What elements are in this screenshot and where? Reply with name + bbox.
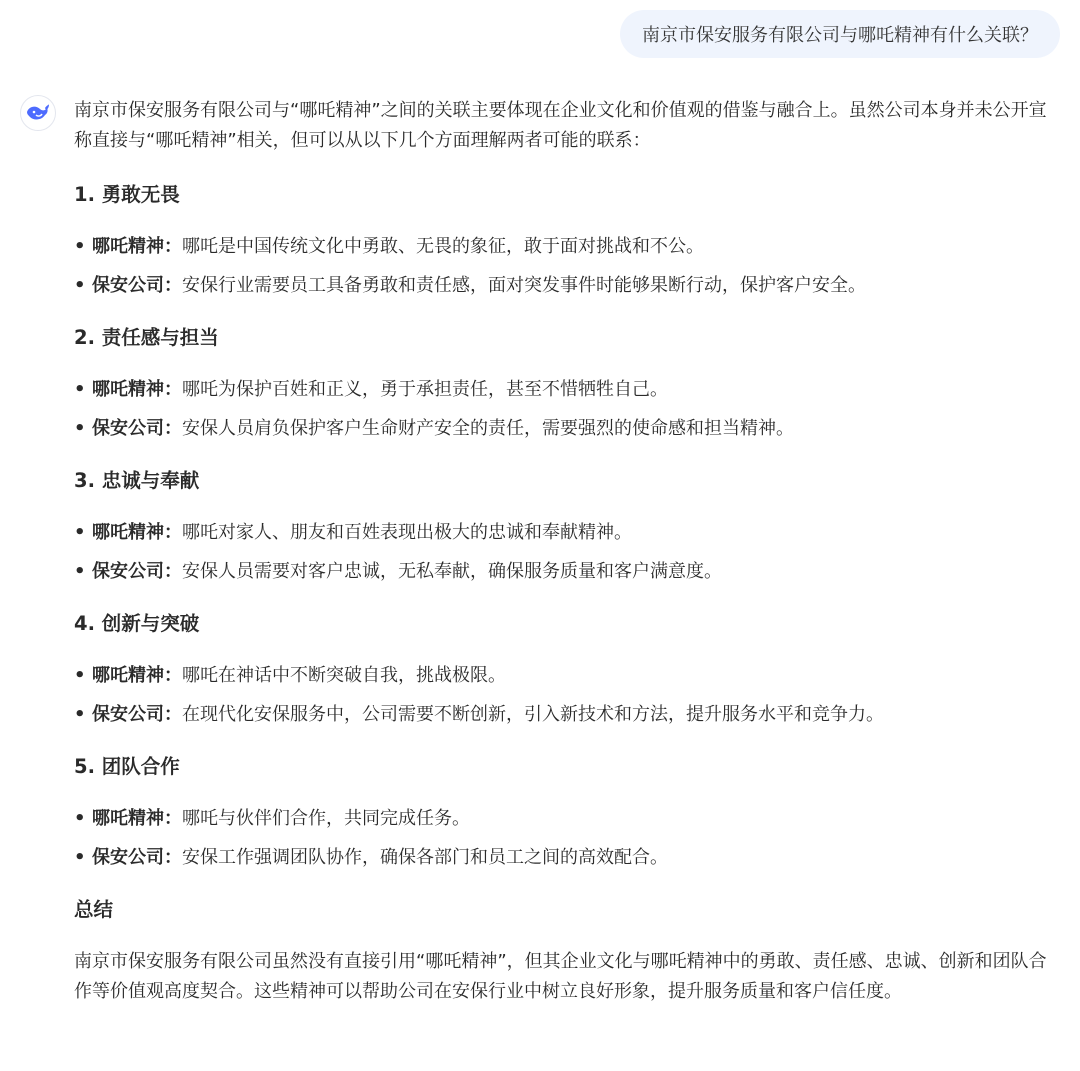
summary-text: 南京市保安服务有限公司虽然没有直接引用“哪吒精神”，但其企业文化与哪吒精神中的勇… (74, 947, 1059, 1007)
list-item: •保安公司：安保行业需要员工具备勇敢和责任感，面对突发事件时能够果断行动，保护客… (74, 271, 1059, 301)
list-item: •哪吒精神：哪吒与伙伴们合作，共同完成任务。 (74, 804, 1059, 834)
whale-logo-icon (26, 103, 50, 123)
bullet-text: 在现代化安保服务中，公司需要不断创新，引入新技术和方法，提升服务水平和竞争力。 (182, 704, 884, 725)
bullet-icon: • (74, 661, 92, 691)
bullet-text: 哪吒为保护百姓和正义，勇于承担责任，甚至不惜牺牲自己。 (182, 379, 668, 400)
user-message-text: 南京市保安服务有限公司与哪吒精神有什么关联？ (642, 21, 1038, 47)
bullet-key: 哪吒精神： (92, 379, 182, 400)
bullet-key: 哪吒精神： (92, 808, 182, 829)
list-item: •保安公司：安保人员需要对客户忠诚，无私奉献，确保服务质量和客户满意度。 (74, 557, 1059, 587)
bullet-text: 哪吒在神话中不断突破自我，挑战极限。 (182, 665, 506, 686)
answer-intro: 南京市保安服务有限公司与“哪吒精神”之间的关联主要体现在企业文化和价值观的借鉴与… (74, 96, 1059, 156)
section-4: 4. 创新与突破 •哪吒精神：哪吒在神话中不断突破自我，挑战极限。 •保安公司：… (74, 609, 1059, 730)
bullet-key: 保安公司： (92, 847, 182, 868)
section-3: 3. 忠诚与奉献 •哪吒精神：哪吒对家人、朋友和百姓表现出极大的忠诚和奉献精神。… (74, 466, 1059, 587)
bullet-icon: • (74, 375, 92, 405)
bullet-icon: • (74, 843, 92, 873)
bullet-icon: • (74, 232, 92, 262)
bullet-key: 保安公司： (92, 561, 182, 582)
list-item: •保安公司：安保人员肩负保护客户生命财产安全的责任，需要强烈的使命感和担当精神。 (74, 414, 1059, 444)
bullet-icon: • (74, 557, 92, 587)
bullet-text: 安保行业需要员工具备勇敢和责任感，面对突发事件时能够果断行动，保护客户安全。 (182, 275, 866, 296)
bullet-text: 哪吒是中国传统文化中勇敢、无畏的象征，敢于面对挑战和不公。 (182, 236, 704, 257)
section-2: 2. 责任感与担当 •哪吒精神：哪吒为保护百姓和正义，勇于承担责任，甚至不惜牺牲… (74, 323, 1059, 444)
section-title: 2. 责任感与担当 (74, 323, 1059, 353)
bullet-text: 哪吒对家人、朋友和百姓表现出极大的忠诚和奉献精神。 (182, 522, 632, 543)
bullet-icon: • (74, 700, 92, 730)
bullet-text: 安保人员肩负保护客户生命财产安全的责任，需要强烈的使命感和担当精神。 (182, 418, 794, 439)
bullet-icon: • (74, 518, 92, 548)
section-title: 4. 创新与突破 (74, 609, 1059, 639)
bullet-icon: • (74, 414, 92, 444)
bullet-key: 保安公司： (92, 418, 182, 439)
bullet-text: 安保人员需要对客户忠诚，无私奉献，确保服务质量和客户满意度。 (182, 561, 722, 582)
assistant-answer: 南京市保安服务有限公司与“哪吒精神”之间的关联主要体现在企业文化和价值观的借鉴与… (74, 96, 1059, 1007)
list-item: •保安公司：在现代化安保服务中，公司需要不断创新，引入新技术和方法，提升服务水平… (74, 700, 1059, 730)
bullet-key: 哪吒精神： (92, 665, 182, 686)
bullet-key: 保安公司： (92, 275, 182, 296)
list-item: •哪吒精神：哪吒为保护百姓和正义，勇于承担责任，甚至不惜牺牲自己。 (74, 375, 1059, 405)
bullet-text: 安保工作强调团队协作，确保各部门和员工之间的高效配合。 (182, 847, 668, 868)
bullet-key: 哪吒精神： (92, 236, 182, 257)
list-item: •哪吒精神：哪吒在神话中不断突破自我，挑战极限。 (74, 661, 1059, 691)
bullet-text: 哪吒与伙伴们合作，共同完成任务。 (182, 808, 470, 829)
bullet-icon: • (74, 271, 92, 301)
section-title: 5. 团队合作 (74, 752, 1059, 782)
section-title: 1. 勇敢无畏 (74, 180, 1059, 210)
section-5: 5. 团队合作 •哪吒精神：哪吒与伙伴们合作，共同完成任务。 •保安公司：安保工… (74, 752, 1059, 873)
list-item: •保安公司：安保工作强调团队协作，确保各部门和员工之间的高效配合。 (74, 843, 1059, 873)
section-title: 3. 忠诚与奉献 (74, 466, 1059, 496)
summary-title: 总结 (74, 895, 1059, 925)
list-item: •哪吒精神：哪吒对家人、朋友和百姓表现出极大的忠诚和奉献精神。 (74, 518, 1059, 548)
section-1: 1. 勇敢无畏 •哪吒精神：哪吒是中国传统文化中勇敢、无畏的象征，敢于面对挑战和… (74, 180, 1059, 301)
bullet-icon: • (74, 804, 92, 834)
bullet-key: 保安公司： (92, 704, 182, 725)
list-item: •哪吒精神：哪吒是中国传统文化中勇敢、无畏的象征，敢于面对挑战和不公。 (74, 232, 1059, 262)
bullet-key: 哪吒精神： (92, 522, 182, 543)
user-message-bubble: 南京市保安服务有限公司与哪吒精神有什么关联？ (620, 10, 1060, 58)
assistant-avatar (20, 95, 56, 131)
